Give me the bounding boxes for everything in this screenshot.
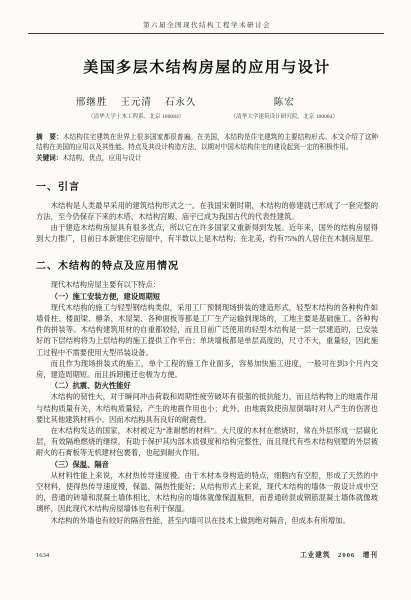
paragraph: 现代木结构的施工与轻型钢结构类似，采用工厂预制现场拼装的建造形式，轻型木结构的各… bbox=[36, 302, 378, 358]
paragraph: 在木结构发达的国家，木材被定为“准耐燃的材料”。大尺度的木材在燃烧时，常在外层形… bbox=[36, 425, 378, 459]
affiliation: （清华大学土木工程系，北京 100084） bbox=[76, 112, 197, 120]
paper-title: 美国多层木结构房屋的应用与设计 bbox=[36, 56, 378, 77]
subsection-heading: （三）保温、隔音 bbox=[36, 459, 378, 470]
author-name: 王元清 bbox=[120, 94, 152, 108]
page-number: 1634 bbox=[36, 552, 49, 559]
keywords-label: 关键词： bbox=[36, 155, 62, 162]
abstract: 摘 要：木结构住宅建筑在世界上很多国家都很普遍。在美国，木结构是住宅建筑的主要结… bbox=[36, 133, 378, 153]
section-heading-2: 二、木结构的特点及应用情况 bbox=[36, 257, 378, 272]
page-footer: 1634 工业建筑 2006 增刊 bbox=[36, 549, 378, 559]
keywords: 关键词：木结构，优点，应用与设计 bbox=[36, 154, 378, 164]
author-group-2: 陈宏 （清华大学建筑设计研究院，北京 100084） bbox=[230, 94, 338, 120]
paragraph: 木结构是人类最早采用的建筑结构形式之一。在我国宋朝时期，木结构的修建就已形成了一… bbox=[36, 200, 378, 222]
author-names: 陈宏 bbox=[230, 94, 338, 108]
keywords-text: 木结构，优点，应用与设计 bbox=[62, 155, 141, 162]
author-group-1: 邢继胜 王元清 石永久 （清华大学土木工程系，北京 100084） bbox=[76, 94, 197, 120]
paragraph: 木结构的外墙也有较好的隔音性能，甚至内墙可以在技术上做到绝对隔音，但成本有所增加… bbox=[36, 515, 378, 526]
affiliation: （清华大学建筑设计研究院，北京 100084） bbox=[230, 112, 338, 120]
abstract-text: 木结构住宅建筑在世界上很多国家都很普遍。在美国，木结构是住宅建筑的主要结构形式。… bbox=[36, 134, 378, 151]
paragraph: 而且作为现场拼装式的施工，单个工程的施工作业面多，容易加快施工进度，一般可在到3… bbox=[36, 358, 378, 380]
paragraph: 木结构的韧性大，对于瞬间冲击荷载和周期性疲劳破坏有很强的抵抗能力，而且结构物上的… bbox=[36, 391, 378, 425]
author-names: 邢继胜 王元清 石永久 bbox=[76, 94, 197, 108]
running-header: 第六届全国现代结构工程学术研讨会 bbox=[36, 20, 378, 29]
subsection-heading: （二）抗震、防火性能好 bbox=[36, 380, 378, 391]
paragraph: 从材料性能上来说，木材热传导速度慢。由于木材本身构造的特点，细胞内有空腔，形成了… bbox=[36, 470, 378, 515]
paper-page: 第六届全国现代结构工程学术研讨会 美国多层木结构房屋的应用与设计 邢继胜 王元清… bbox=[0, 0, 411, 600]
journal-footer: 工业建筑 2006 增刊 bbox=[300, 549, 378, 559]
paragraph: 现代木结构房屋主要有以下特点： bbox=[36, 279, 378, 290]
header-rule bbox=[28, 33, 384, 34]
author-name: 陈宏 bbox=[274, 94, 295, 108]
authors-row: 邢继胜 王元清 石永久 （清华大学土木工程系，北京 100084） 陈宏 （清华… bbox=[36, 94, 378, 120]
subsection-heading: （一）施工安装方便，建设周期短 bbox=[36, 291, 378, 302]
abstract-label: 摘 要： bbox=[36, 134, 63, 141]
section-heading-1: 一、引言 bbox=[36, 178, 378, 193]
paragraph: 由于建造木结构房屋具有很多优点，所以它在许多国家又重新得到发展。近年来，国外的结… bbox=[36, 222, 378, 244]
author-name: 邢继胜 bbox=[76, 94, 108, 108]
author-name: 石永久 bbox=[165, 94, 197, 108]
